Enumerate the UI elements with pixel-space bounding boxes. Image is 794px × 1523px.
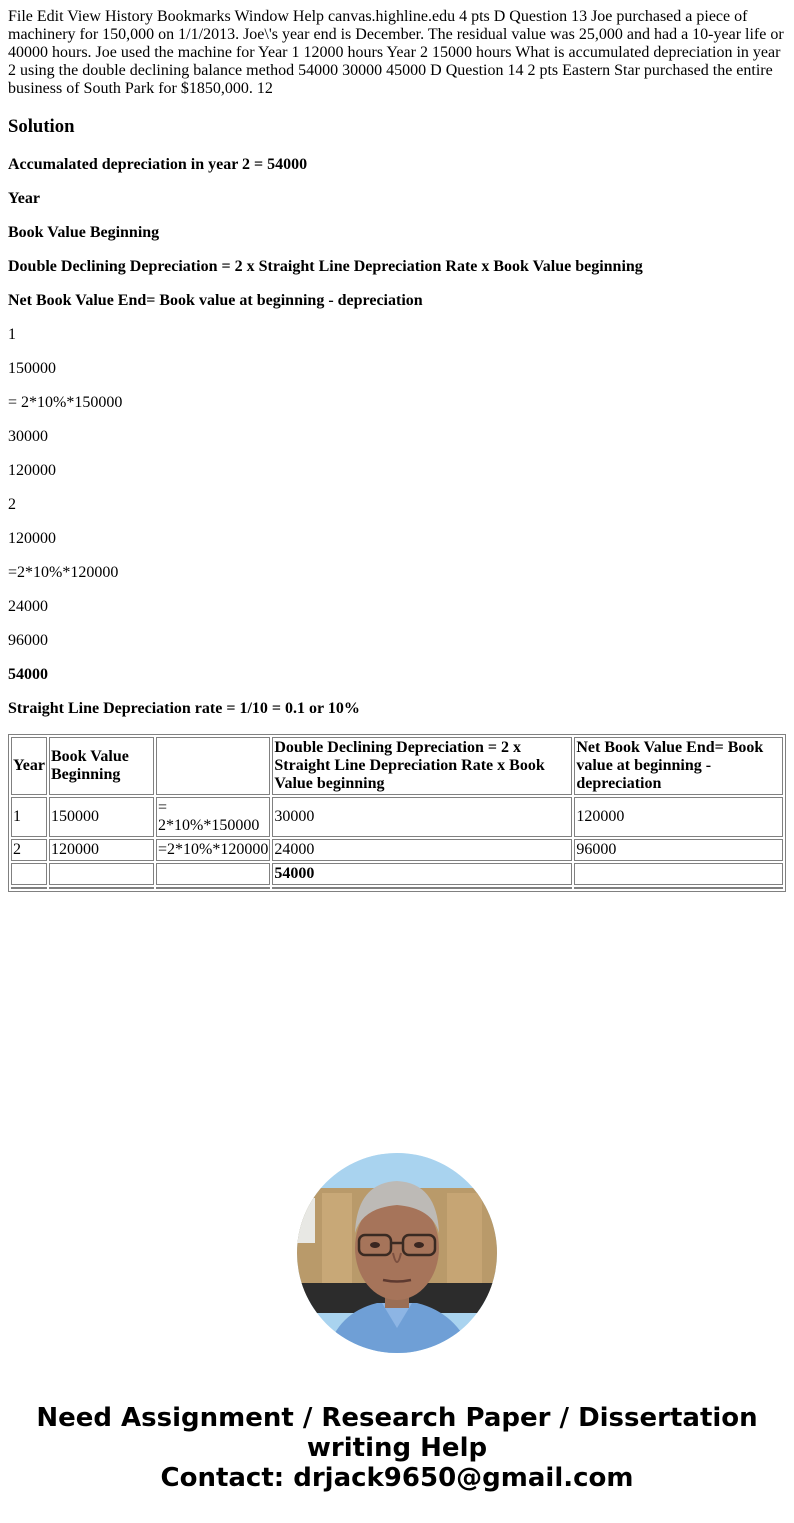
promo-line-2: writing Help [0, 1433, 794, 1463]
table-cell-empty [156, 887, 270, 889]
header-line-nbv: Net Book Value End= Book value at beginn… [8, 292, 786, 310]
flat-value: 120000 [8, 462, 786, 480]
table-cell: 2 [11, 839, 47, 861]
header-line-book-value: Book Value Beginning [8, 224, 786, 242]
question-text: File Edit View History Bookmarks Window … [8, 8, 786, 98]
promo-banner: Need Assignment / Research Paper / Disse… [0, 1403, 794, 1493]
total-line: 54000 [8, 666, 786, 684]
flat-value: 2 [8, 496, 786, 514]
table-row-total: 54000 [11, 863, 783, 885]
flat-value: = 2*10%*150000 [8, 394, 786, 412]
table-cell [156, 863, 270, 885]
table-cell: 24000 [272, 839, 572, 861]
answer-line: Accumalated depreciation in year 2 = 540… [8, 156, 786, 174]
table-cell: 120000 [574, 797, 783, 837]
author-avatar [297, 1153, 497, 1353]
table-header-ddd: Double Declining Depreciation = 2 x Stra… [272, 737, 572, 795]
table-header-book-value: Book Value Beginning [49, 737, 154, 795]
table-cell-empty [574, 887, 783, 889]
table-cell: 150000 [49, 797, 154, 837]
flat-value: 150000 [8, 360, 786, 378]
table-cell [11, 863, 47, 885]
table-cell: 30000 [272, 797, 572, 837]
table-row: 1 150000 = 2*10%*150000 30000 120000 [11, 797, 783, 837]
flat-value: 30000 [8, 428, 786, 446]
table-row-empty [11, 887, 783, 889]
table-header-year: Year [11, 737, 47, 795]
table-cell: 120000 [49, 839, 154, 861]
depreciation-table: Year Book Value Beginning Double Declini… [8, 734, 786, 892]
table-header-nbv: Net Book Value End= Book value at beginn… [574, 737, 783, 795]
flat-value: 1 [8, 326, 786, 344]
page-content: File Edit View History Bookmarks Window … [0, 0, 794, 892]
table-cell: = 2*10%*150000 [156, 797, 270, 837]
flat-value: 96000 [8, 632, 786, 650]
header-line-year: Year [8, 190, 786, 208]
table-cell [49, 863, 154, 885]
table-cell: 1 [11, 797, 47, 837]
flat-value: 120000 [8, 530, 786, 548]
table-header-formula [156, 737, 270, 795]
solution-heading: Solution [8, 116, 786, 138]
table-cell: =2*10%*120000 [156, 839, 270, 861]
table-header-row: Year Book Value Beginning Double Declini… [11, 737, 783, 795]
flat-value: 24000 [8, 598, 786, 616]
table-cell: 96000 [574, 839, 783, 861]
table-cell-empty [272, 887, 572, 889]
promo-contact: Contact: drjack9650@gmail.com [0, 1463, 794, 1493]
person-portrait-icon [297, 1153, 497, 1353]
promo-line-1: Need Assignment / Research Paper / Disse… [0, 1403, 794, 1433]
table-row: 2 120000 =2*10%*120000 24000 96000 [11, 839, 783, 861]
flat-value: =2*10%*120000 [8, 564, 786, 582]
table-cell [574, 863, 783, 885]
table-cell-empty [11, 887, 47, 889]
table-cell-total: 54000 [272, 863, 572, 885]
table-cell-empty [49, 887, 154, 889]
header-line-ddd: Double Declining Depreciation = 2 x Stra… [8, 258, 786, 276]
rate-line: Straight Line Depreciation rate = 1/10 =… [8, 700, 786, 718]
